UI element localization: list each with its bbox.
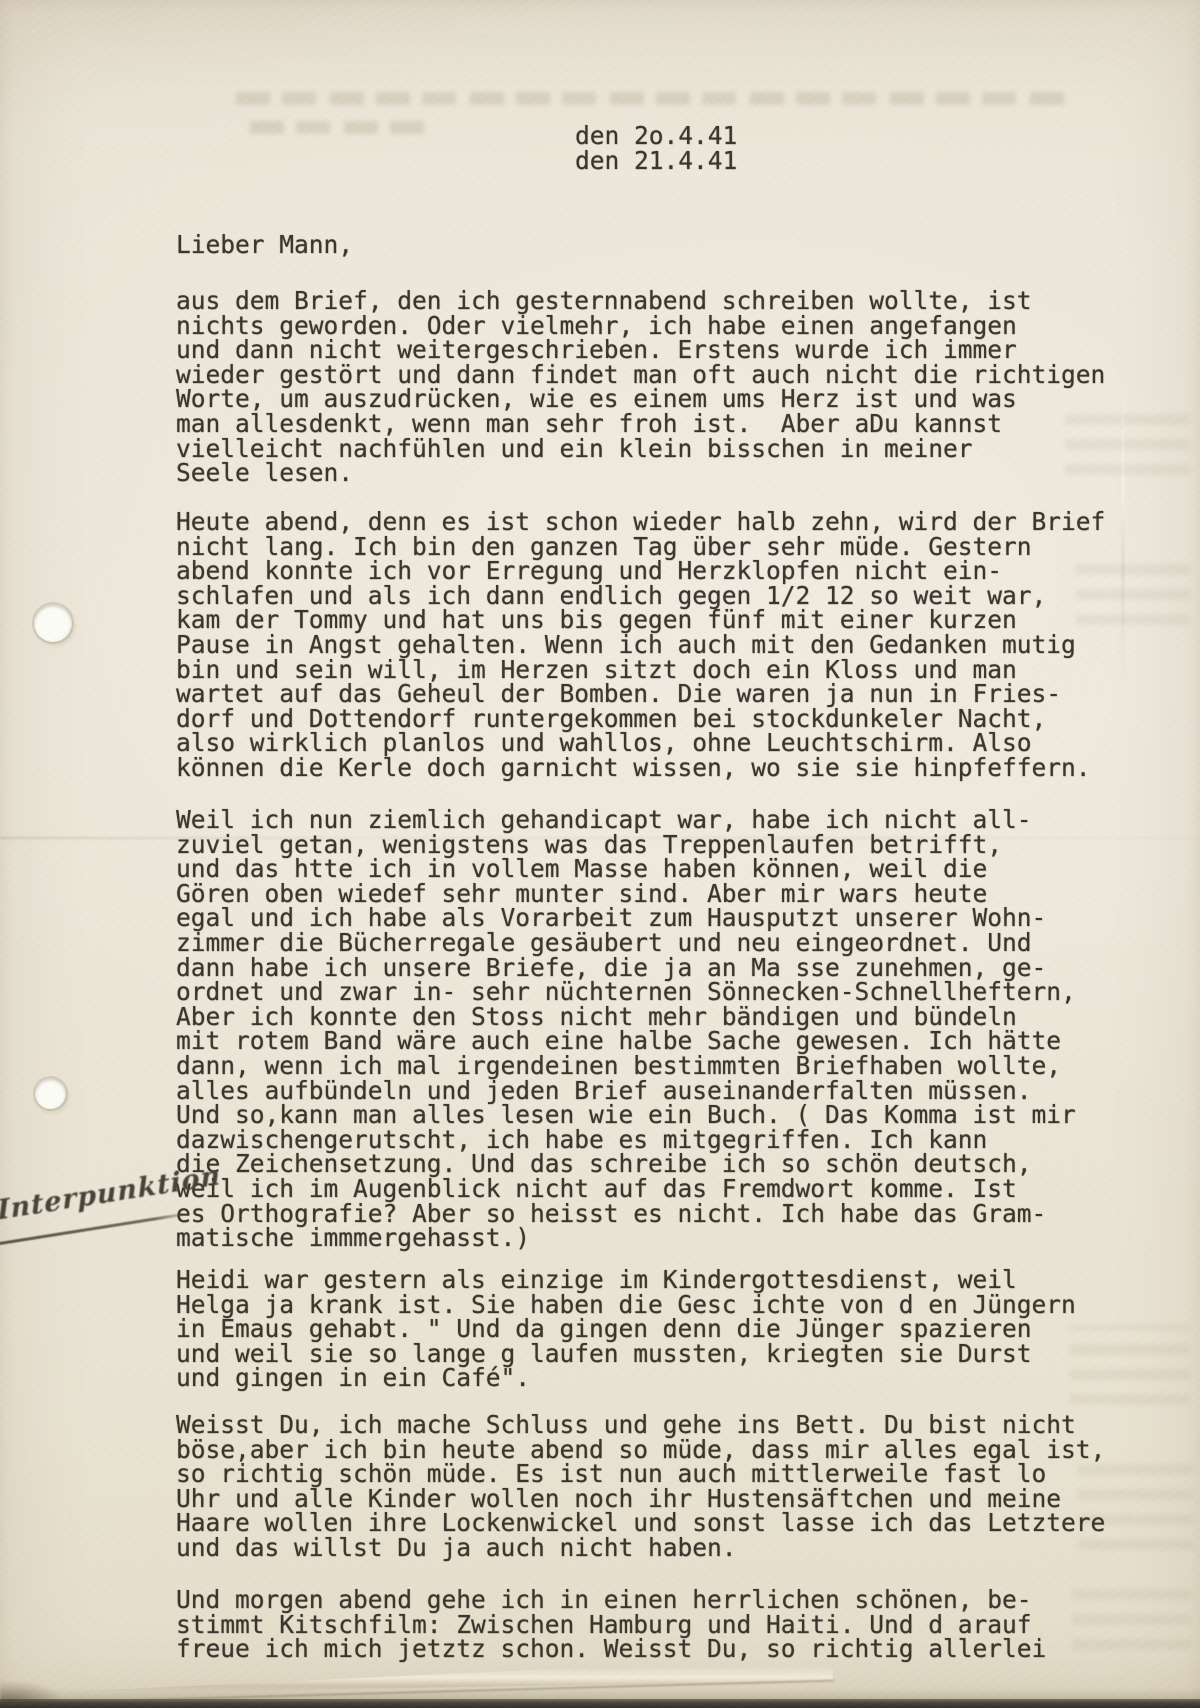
date-lines: den 2o.4.41 den 21.4.41 [575, 124, 737, 173]
punch-hole-top [34, 604, 72, 642]
paragraph-6: Und morgen abend gehe ich in einen herrl… [176, 1588, 1046, 1662]
paragraph-3: Weil ich nun ziemlich gehandicapt war, h… [176, 808, 1076, 1251]
paragraph-2: Heute abend, denn es ist schon wieder ha… [176, 510, 1105, 781]
bleed-through-block [1070, 1325, 1190, 1405]
bleed-through-line [250, 121, 435, 134]
salutation: Lieber Mann, [176, 233, 353, 258]
paragraph-4: Heidi war gestern als einzige im Kinderg… [176, 1268, 1076, 1391]
bottom-left-corner-stain [0, 1680, 64, 1704]
bleed-through-line [236, 92, 1066, 105]
fold-crease-right [1122, 360, 1124, 690]
letter-page: den 2o.4.41 den 21.4.41 Lieber Mann, aus… [0, 0, 1200, 1708]
bottom-torn-edge [0, 1699, 1200, 1708]
bleed-through-block [1072, 1575, 1192, 1650]
paragraph-5: Weisst Du, ich mache Schluss und gehe in… [176, 1413, 1105, 1561]
paragraph-1: aus dem Brief, den ich gesternnabend sch… [176, 289, 1105, 486]
fold-crease-middle [0, 837, 1200, 839]
punch-hole-bottom [35, 1078, 66, 1109]
